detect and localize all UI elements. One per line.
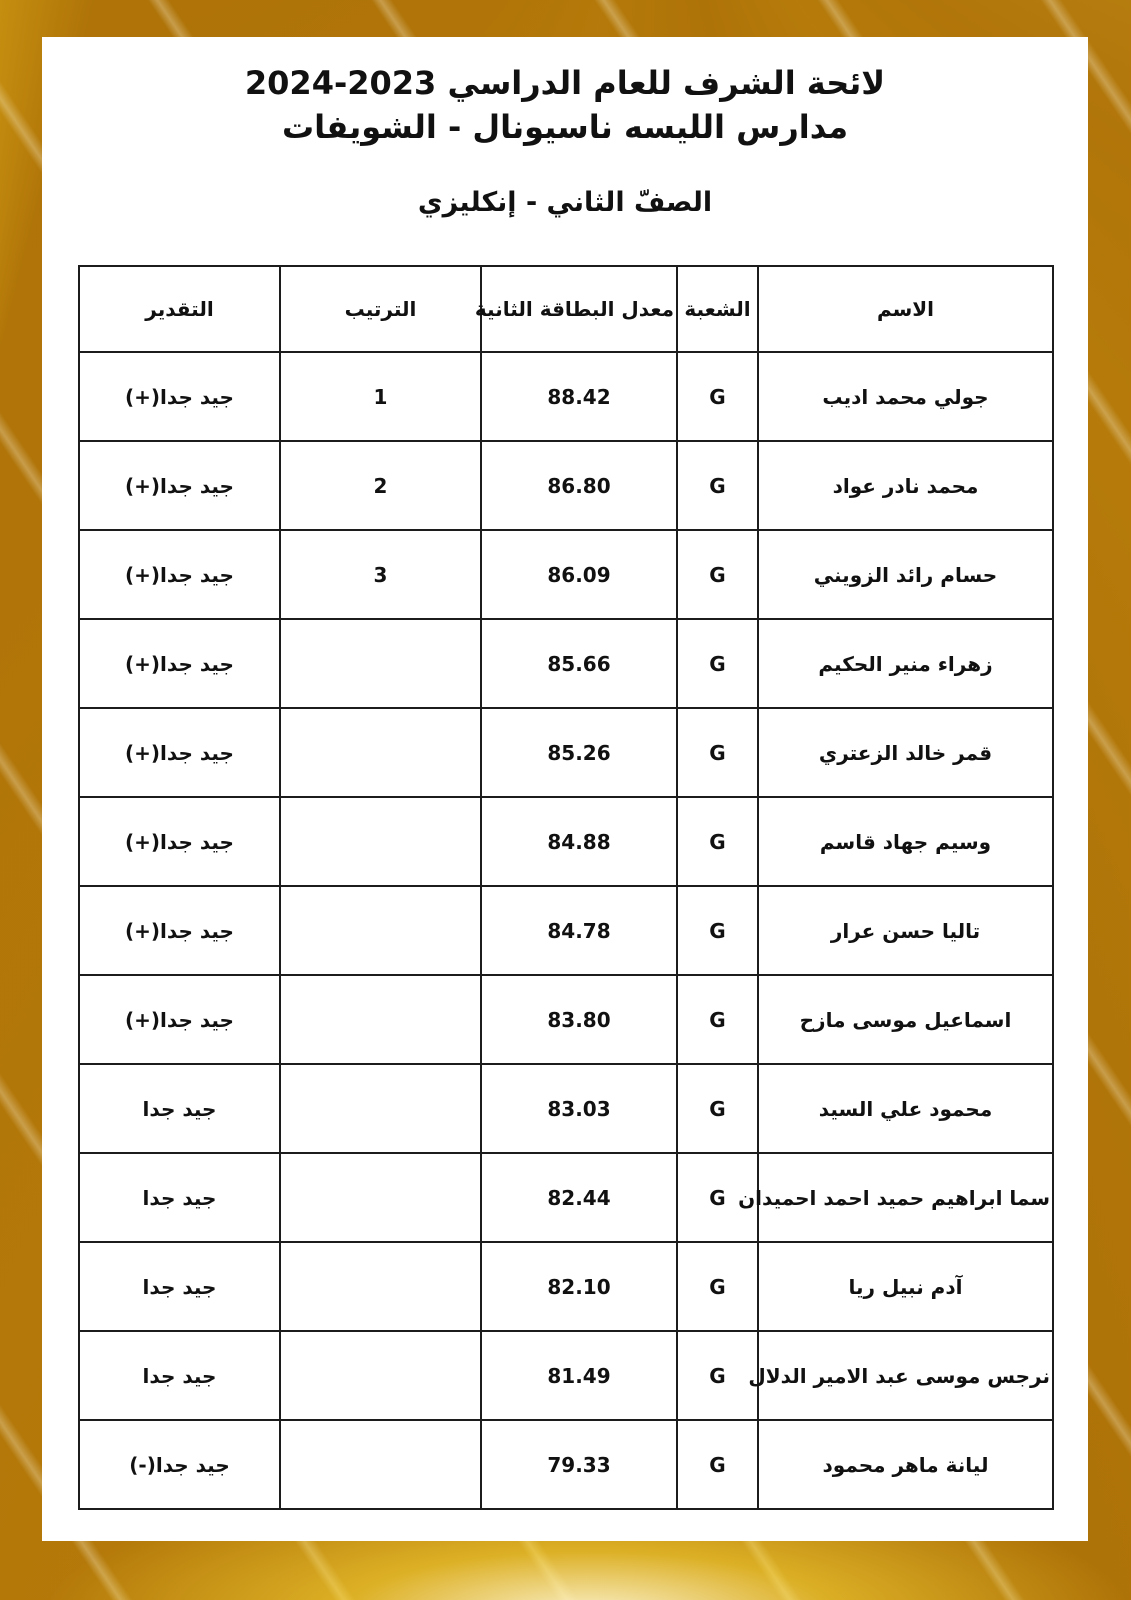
table-row: ليانة ماهر محمود G 79.33 جيد جدا(-) <box>79 1420 1053 1509</box>
section-cell: G <box>677 1420 758 1509</box>
grade-cell: جيد جدا <box>79 1064 280 1153</box>
document-title: لائحة الشرف للعام الدراسي 2023‏-‏2024 <box>42 61 1088 105</box>
rank-cell <box>280 1064 481 1153</box>
grade-cell: جيد جدا(+) <box>79 886 280 975</box>
section-cell: G <box>677 708 758 797</box>
column-header-grade: التقدير <box>79 266 280 352</box>
rank-cell <box>280 1331 481 1420</box>
rank-cell: 1 <box>280 352 481 441</box>
section-cell: G <box>677 1331 758 1420</box>
table-row: نرجس موسى عبد الامير الدلال G 81.49 جيد … <box>79 1331 1053 1420</box>
honor-roll-table: الاسم الشعبة معدل البطاقة الثانية الترتي… <box>78 265 1054 1510</box>
section-cell: G <box>677 1064 758 1153</box>
name-cell: حسام رائد الزويني <box>758 530 1053 619</box>
rank-cell <box>280 886 481 975</box>
average-cell: 79.33 <box>481 1420 677 1509</box>
table-row: آدم نبيل ريا G 82.10 جيد جدا <box>79 1242 1053 1331</box>
table-row: اسماعيل موسى مازح G 83.80 جيد جدا(+) <box>79 975 1053 1064</box>
name-cell: تاليا حسن عرار <box>758 886 1053 975</box>
title-block: لائحة الشرف للعام الدراسي 2023‏-‏2024 مد… <box>42 37 1088 218</box>
average-cell: 84.88 <box>481 797 677 886</box>
class-subtitle: الصفّ الثاني - إنكليزي <box>42 187 1088 218</box>
column-header-section: الشعبة <box>677 266 758 352</box>
section-cell: G <box>677 1242 758 1331</box>
grade-cell: جيد جدا(+) <box>79 441 280 530</box>
section-cell: G <box>677 441 758 530</box>
section-cell: G <box>677 530 758 619</box>
rank-cell <box>280 1420 481 1509</box>
table-row: حسام رائد الزويني G 86.09 3 جيد جدا(+) <box>79 530 1053 619</box>
grade-cell: جيد جدا(+) <box>79 352 280 441</box>
rank-cell <box>280 1153 481 1242</box>
average-cell: 85.66 <box>481 619 677 708</box>
grade-cell: جيد جدا <box>79 1331 280 1420</box>
school-name: مدارس الليسه ناسيونال - الشويفات <box>42 105 1088 149</box>
name-cell: نرجس موسى عبد الامير الدلال <box>758 1331 1053 1420</box>
table-row: محمد نادر عواد G 86.80 2 جيد جدا(+) <box>79 441 1053 530</box>
rank-cell: 3 <box>280 530 481 619</box>
grade-cell: جيد جدا(+) <box>79 619 280 708</box>
grade-cell: جيد جدا(-) <box>79 1420 280 1509</box>
section-cell: G <box>677 352 758 441</box>
name-cell: ليانة ماهر محمود <box>758 1420 1053 1509</box>
rank-cell: 2 <box>280 441 481 530</box>
name-cell: قمر خالد الزعتري <box>758 708 1053 797</box>
grade-cell: جيد جدا(+) <box>79 530 280 619</box>
table-header-row: الاسم الشعبة معدل البطاقة الثانية الترتي… <box>79 266 1053 352</box>
average-cell: 88.42 <box>481 352 677 441</box>
rank-cell <box>280 619 481 708</box>
average-cell: 82.44 <box>481 1153 677 1242</box>
table-row: سما ابراهيم حميد احمد احميدان G 82.44 جي… <box>79 1153 1053 1242</box>
name-cell: وسيم جهاد قاسم <box>758 797 1053 886</box>
section-cell: G <box>677 619 758 708</box>
grade-cell: جيد جدا(+) <box>79 975 280 1064</box>
name-cell: محمود علي السيد <box>758 1064 1053 1153</box>
grade-cell: جيد جدا <box>79 1242 280 1331</box>
grade-cell: جيد جدا(+) <box>79 797 280 886</box>
section-cell: G <box>677 797 758 886</box>
column-header-name: الاسم <box>758 266 1053 352</box>
table-row: قمر خالد الزعتري G 85.26 جيد جدا(+) <box>79 708 1053 797</box>
average-cell: 86.80 <box>481 441 677 530</box>
column-header-average: معدل البطاقة الثانية <box>481 266 677 352</box>
name-cell: اسماعيل موسى مازح <box>758 975 1053 1064</box>
column-header-rank: الترتيب <box>280 266 481 352</box>
name-cell: سما ابراهيم حميد احمد احميدان <box>758 1153 1053 1242</box>
rank-cell <box>280 975 481 1064</box>
average-cell: 83.03 <box>481 1064 677 1153</box>
rank-cell <box>280 708 481 797</box>
table-row: زهراء منير الحكيم G 85.66 جيد جدا(+) <box>79 619 1053 708</box>
name-cell: جولي محمد اديب <box>758 352 1053 441</box>
table-row: جولي محمد اديب G 88.42 1 جيد جدا(+) <box>79 352 1053 441</box>
table-row: محمود علي السيد G 83.03 جيد جدا <box>79 1064 1053 1153</box>
average-cell: 86.09 <box>481 530 677 619</box>
average-cell: 84.78 <box>481 886 677 975</box>
average-cell: 85.26 <box>481 708 677 797</box>
section-cell: G <box>677 975 758 1064</box>
page: لائحة الشرف للعام الدراسي 2023‏-‏2024 مد… <box>0 0 1131 1600</box>
table-body: جولي محمد اديب G 88.42 1 جيد جدا(+) محمد… <box>79 352 1053 1509</box>
name-cell: زهراء منير الحكيم <box>758 619 1053 708</box>
document-card: لائحة الشرف للعام الدراسي 2023‏-‏2024 مد… <box>42 37 1088 1541</box>
rank-cell <box>280 1242 481 1331</box>
table-row: وسيم جهاد قاسم G 84.88 جيد جدا(+) <box>79 797 1053 886</box>
grade-cell: جيد جدا(+) <box>79 708 280 797</box>
name-cell: آدم نبيل ريا <box>758 1242 1053 1331</box>
section-cell: G <box>677 886 758 975</box>
average-cell: 82.10 <box>481 1242 677 1331</box>
average-cell: 83.80 <box>481 975 677 1064</box>
grade-cell: جيد جدا <box>79 1153 280 1242</box>
table-row: تاليا حسن عرار G 84.78 جيد جدا(+) <box>79 886 1053 975</box>
average-cell: 81.49 <box>481 1331 677 1420</box>
name-cell: محمد نادر عواد <box>758 441 1053 530</box>
rank-cell <box>280 797 481 886</box>
